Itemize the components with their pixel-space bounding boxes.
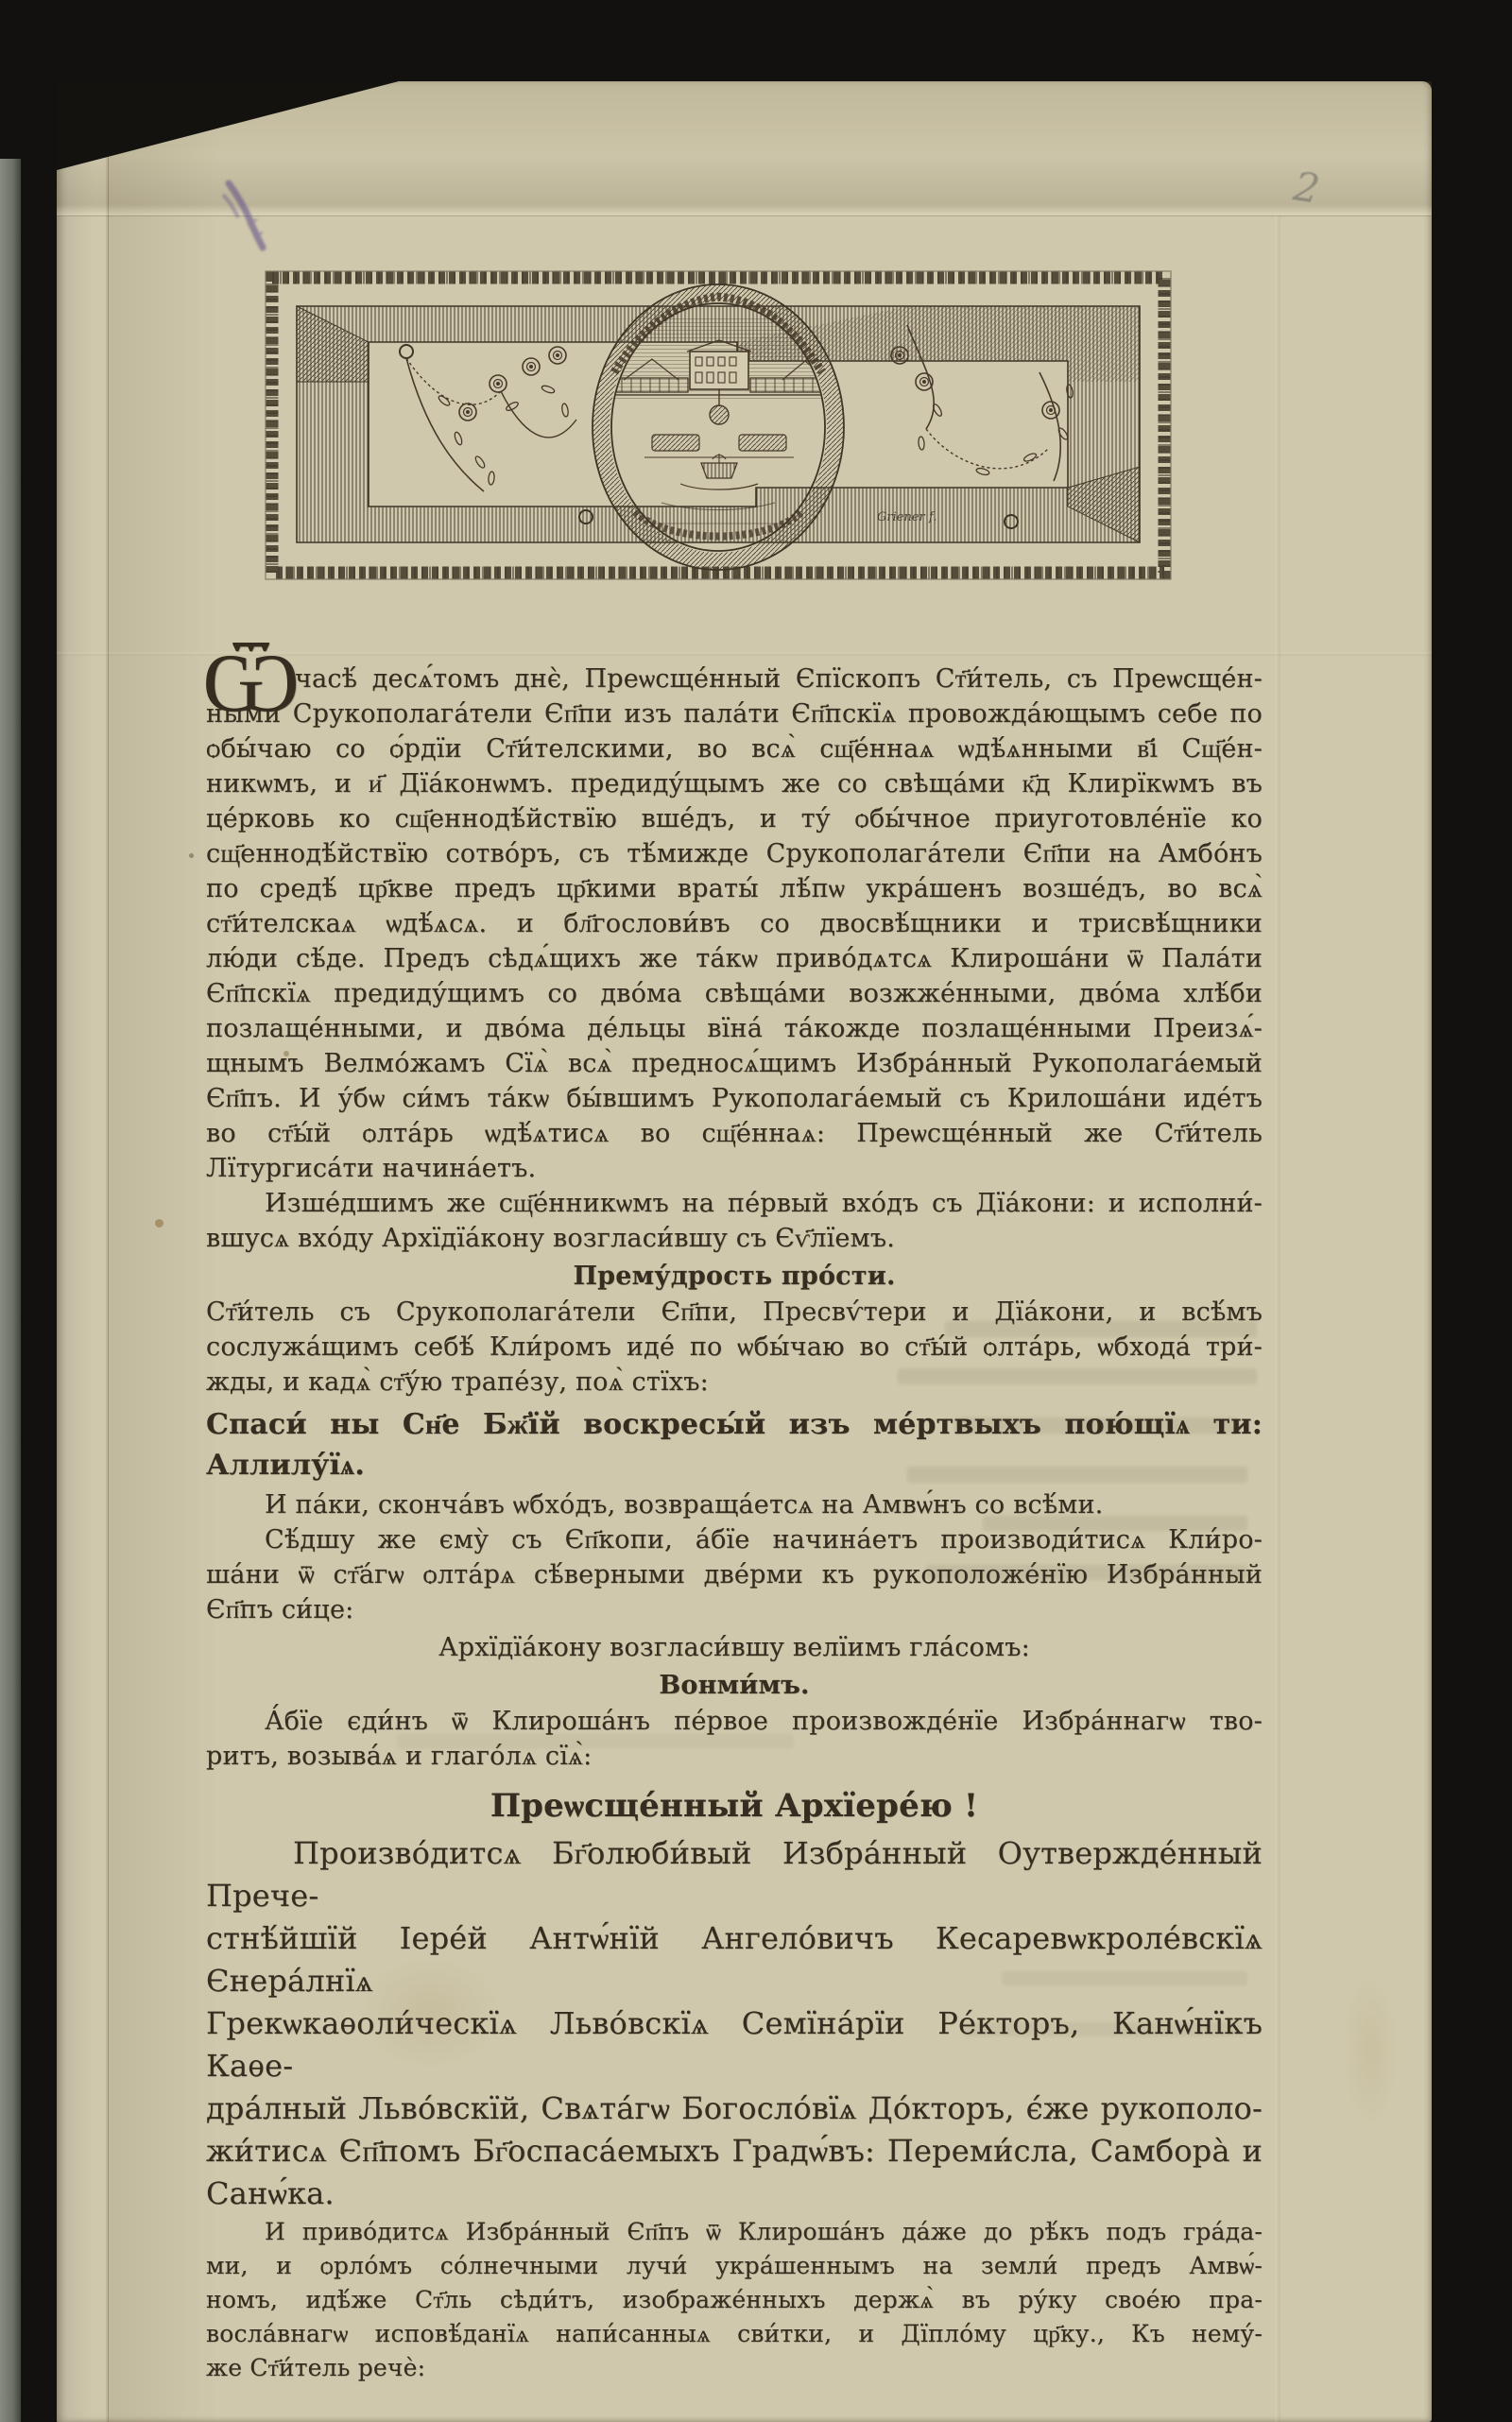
text-line: це́рковь ко сщ҃еннодѣ́йствїю вше́дъ, и т… (206, 801, 1263, 836)
foxing-spot (189, 853, 194, 858)
foxing-spot (155, 1219, 163, 1228)
text-line: по средѣ́ цр҃кве предъ цр҃кими враты́ лѣ… (206, 871, 1263, 906)
vertical-crease (1275, 215, 1280, 2422)
text-line: ными Срукополага́тели Єп҃пи изъ пала́ти … (206, 696, 1263, 731)
water-stain (1342, 1975, 1399, 2126)
text-line: Єп҃пъ си́це: (206, 1592, 1263, 1627)
text-line: А́бїе єди́нъ ѿ Клироша́нъ пе́рвое произв… (206, 1704, 1263, 1739)
text-line: позлаще́нными, и дво́ма де́льцы вїна́ та… (206, 1011, 1263, 1046)
text-line: стнѣ́йшїй Іере́й Антѡ́нїй Ангело́вичъ Ке… (206, 1917, 1263, 2002)
text-line: вшусѧ вхо́ду Архїдїа́кону возгласи́вшу с… (206, 1221, 1263, 1256)
headpiece-engraving: Griener f. (265, 268, 1172, 582)
text-line: лю́ди сѣ́де. Предъ сѣдѧ́щихъ же та́кѡ пр… (206, 941, 1263, 976)
floral-garland-left (406, 347, 576, 491)
text-line: Ст҃и́тель съ Срукополага́тели Єп҃пи, Пре… (206, 1295, 1263, 1330)
text-line: Преѡсще́нный Архїере́ю ! (206, 1781, 1263, 1830)
text-line: жи́тисѧ Єп҃помъ Бг҃оспаса́емыхъ Градѡ́въ… (206, 2130, 1263, 2173)
text-line: Лїтургиса́ти начина́етъ. (206, 1151, 1263, 1186)
main-text-block: часѣ́ десѧ́томъ днє̀, Преѡсще́нный Єпїск… (206, 661, 1263, 2385)
text-line: дра́лный Льво́вскїй, Свѧта́гѡ Богосло́вї… (206, 2087, 1263, 2130)
text-line: Прему́дрость про́сти. (206, 1259, 1263, 1294)
text-line: ѻбы́чаю со ѻ́рдїи Ст҃и́телскими, во всѧ̀… (206, 731, 1263, 766)
text-line: Грекѡкаѳоли́ческїѧ Льво́вскїѧ Семїна́рїи… (206, 2002, 1263, 2087)
text-line: номъ, идѣ́же Ст҃ль сѣди́тъ, изображе́нны… (206, 2283, 1263, 2317)
text-line: Изше́дшимъ же сщ҃е́нникѡмъ на пе́рвый вх… (206, 1186, 1263, 1221)
text-line: восла́внагѡ исповѣ́данїѧ напи́санныѧ сви… (206, 2317, 1263, 2351)
text-line: Єп҃пскїѧ предиду́щимъ со дво́ма свѣща́ми… (206, 976, 1263, 1011)
text-line: щнымъ Велмо́жамъ Сїѧ̀ всѧ̀ предносѧ́щимъ… (206, 1046, 1263, 1081)
text-line: Спаси́ ны Сн҃е Бж҃їй воскресы́й изъ ме́р… (206, 1404, 1263, 1486)
book-board-edge (0, 159, 21, 2422)
gutter-shadow (106, 81, 219, 2422)
text-line: Сѣ́дшу же єму̀ съ Єп҃копи, а́бїе начина́… (206, 1522, 1263, 1557)
page-number-pencil: 2 (1288, 163, 1344, 230)
ink-smudge (215, 178, 274, 253)
text-line: ми, и ѻрло́мъ со́лнечными лучи́ укра́шен… (206, 2249, 1263, 2283)
text-line: сослужа́щимъ себѣ́ Кли́ромъ иде́ по ѡбы́… (206, 1330, 1263, 1365)
text-line: никѡмъ, и и҃ Дїа́конѡмъ. предиду́щымъ же… (206, 766, 1263, 801)
text-line: Вонми́мъ. (206, 1668, 1263, 1703)
text-line: ша́ни ѿ ст҃а́гѡ ѻлта́рѧ сѣ́верными две́р… (206, 1557, 1263, 1592)
text-line: Санѡ́ка. (206, 2173, 1263, 2215)
text-line: же Ст҃и́тель речѐ: (206, 2351, 1263, 2385)
text-line: И приво́дитсѧ Избра́нный Єп҃пъ ѿ Клироша… (206, 2215, 1263, 2249)
text-line: жды, и кадѧ̀ ст҃у́ю трапе́зу, поѧ̀ стїхъ… (206, 1365, 1263, 1400)
scanned-book-page: { "page": { "number_pencil": "2", "paper… (0, 0, 1512, 2422)
text-line: ст҃и́телскаѧ ѡдѣ́ѧсѧ. и бл҃гослови́въ со… (206, 906, 1263, 941)
text-line: И па́ки, сконча́въ ѡбхо́дъ, возвраща́етс… (206, 1487, 1263, 1522)
text-line: часѣ́ десѧ́томъ днє̀, Преѡсще́нный Єпїск… (206, 661, 1263, 696)
text-line: Єп҃пъ. И у́бѡ си́мъ та́кѡ бы́вшимъ Рукоп… (206, 1081, 1263, 1116)
drop-cap-initial: Ѿ (202, 641, 300, 724)
engraver-signature: Griener f. (877, 510, 936, 524)
text-line: во ст҃ы́й ѻлта́рь ѡдѣ́ѧтисѧ во сщ҃е́ннаѧ… (206, 1116, 1263, 1151)
text-line: ритъ, возыва́ѧ и глаго́лѧ сїѧ̀: (206, 1739, 1263, 1774)
binding-hinge (57, 81, 109, 2422)
text-line: Архїдїа́кону возгласи́вшу велїимъ гла́со… (206, 1630, 1263, 1665)
text-line: сщ҃еннодѣ́йствїю сотво́ръ, съ тѣ́мижде С… (206, 836, 1263, 871)
text-line: Произво́дитсѧ Бг҃олюби́вый Избра́нный Оу… (206, 1832, 1263, 1917)
text-lines: часѣ́ десѧ́томъ днє̀, Преѡсще́нный Єпїск… (206, 661, 1263, 2385)
